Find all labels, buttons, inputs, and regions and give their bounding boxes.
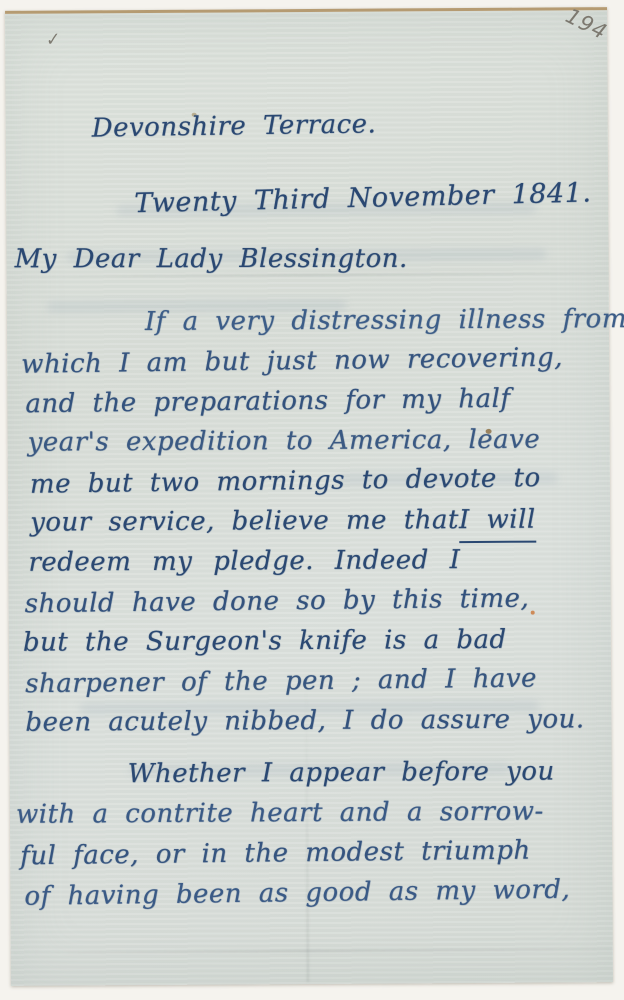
handwritten-letter: Devonshire Terrace. Twenty Third Novembe… bbox=[5, 7, 613, 983]
letter-line: year's expedition to America, leave bbox=[28, 419, 610, 463]
letter-line: of having been as good as my word, bbox=[24, 869, 612, 917]
letter-line: Whether I appear before you bbox=[128, 751, 612, 794]
letter-line: been acutely nibbed, I do assure you. bbox=[25, 699, 611, 743]
letter-line: If a very distressing illness from bbox=[145, 299, 609, 342]
letter-line: redeem my pledge. Indeed I bbox=[28, 539, 610, 583]
salutation-text: My Dear Lady Blessington. bbox=[15, 239, 408, 279]
date-line: Twenty Third November 1841. bbox=[134, 173, 609, 224]
letter-line: and the preparations for my half bbox=[25, 378, 609, 425]
letter-line: but the Surgeon's knife is a bad bbox=[23, 619, 611, 663]
underlined-phrase: I will bbox=[459, 500, 536, 543]
salutation-line: My Dear Lady Blessington. bbox=[15, 239, 609, 280]
letter-line: me but two mornings to devote to bbox=[30, 457, 610, 505]
date-text: Twenty Third November 1841. bbox=[134, 173, 592, 224]
address-text: Devonshire Terrace. bbox=[91, 104, 376, 148]
letter-line: sharpener of the pen ; and I have bbox=[25, 658, 611, 705]
letter-line: your service, believe me that I will bbox=[30, 499, 610, 543]
letter-line: should have done so by this time, bbox=[24, 578, 610, 625]
address-line: Devonshire Terrace. bbox=[91, 101, 608, 149]
letter-line: with a contrite heart and a sorrow- bbox=[16, 791, 612, 835]
